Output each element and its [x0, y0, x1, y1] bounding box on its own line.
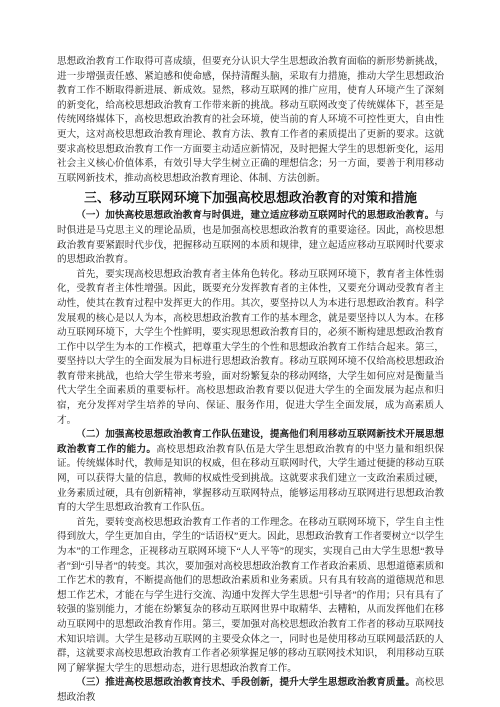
paragraph: （三）推进高校思想政治教育技术、手段创新，提升大学生思想政治教育质量。高校思想政…	[57, 676, 444, 705]
paragraph: （一）加快高校思想政治教育与时俱进，建立适应移动互联网时代的思想政治教育。与时俱…	[57, 209, 444, 267]
paragraph-text: 首先，要转变高校思想政治教育工作者的工作理念。在移动互联网环境下，学生自主性得到…	[57, 517, 444, 674]
paragraph-text: 首先，要实现高校思想政治教育者主体角色转化。移动互联网环境下，教育者主体性弱化，…	[57, 269, 444, 426]
section-heading: 三、移动互联网环境下加强高校思想政治教育的对策和措施	[57, 189, 444, 207]
paragraph: 首先，要转变高校思想政治教育工作者的工作理念。在移动互联网环境下，学生自主性得到…	[57, 516, 444, 677]
paragraph-lead: （一）加快高校思想政治教育与时俱进，建立适应移动互联网时代的思想政治教育。	[76, 210, 434, 221]
paragraph: 首先，要实现高校思想政治教育者主体角色转化。移动互联网环境下，教育者主体性弱化，…	[57, 268, 444, 429]
paragraph-text: 思想政治教育工作取得可喜成绩，但要充分认识大学生思想政治教育面临的新形势新挑战，…	[57, 56, 444, 184]
paragraph-lead: （三）推进高校思想政治教育技术、手段创新，提升大学生思想政治教育质量。	[76, 677, 415, 688]
document-page: 思想政治教育工作取得可喜成绩，但要充分认识大学生思想政治教育面临的新形势新挑战，…	[57, 55, 444, 706]
paragraph: 思想政治教育工作取得可喜成绩，但要充分认识大学生思想政治教育面临的新形势新挑战，…	[57, 55, 444, 186]
paragraph: （二）加强高校思想政治教育工作队伍建设，提高他们利用移动互联网新技术开展思想政治…	[57, 428, 444, 516]
